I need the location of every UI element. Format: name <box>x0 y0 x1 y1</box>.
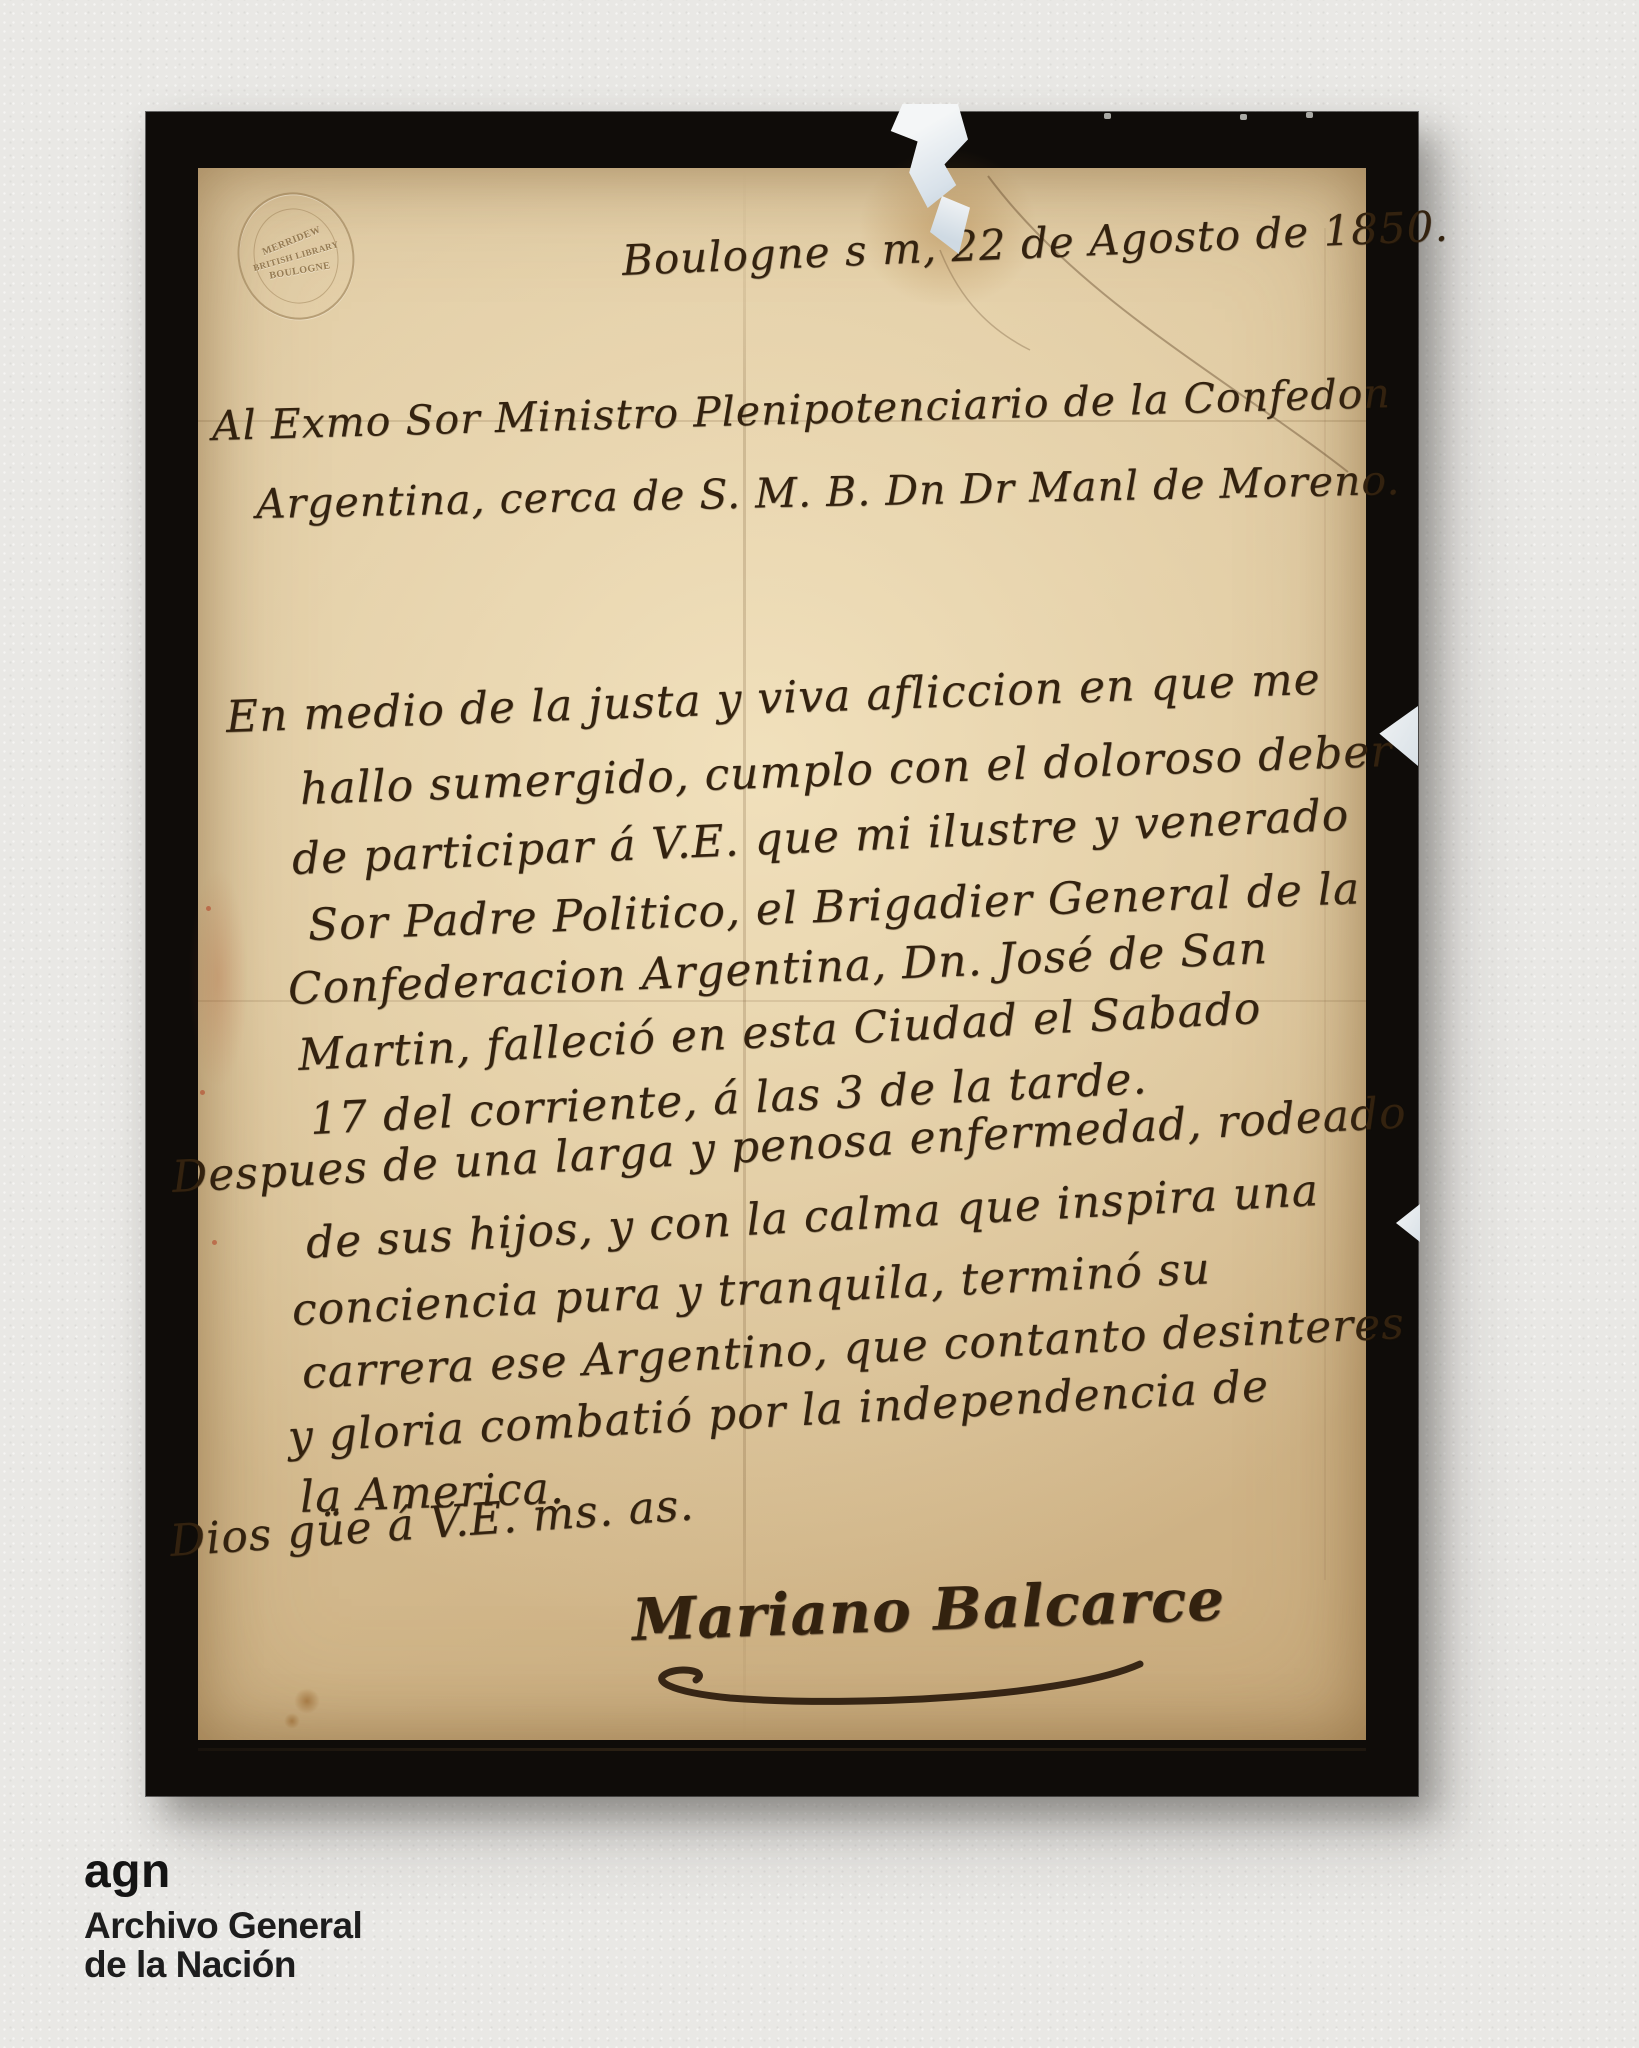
letter-address-line-1: Al Exmo Sor Ministro Plenipotenciario de… <box>211 369 1391 450</box>
letter-address-line-2: Argentina, cerca de S. M. B. Dn Dr Manl … <box>255 456 1400 528</box>
letter-dateline: Boulogne s m, 22 de Agosto de 1850. <box>621 201 1450 285</box>
signature-flourish <box>600 1630 1160 1720</box>
torn-paper-flap <box>884 104 968 208</box>
letter-body-line: En medio de la justa y viva afliccion en… <box>225 654 1321 743</box>
torn-paper-curl <box>930 196 970 254</box>
letter-text-layer: Boulogne s m, 22 de Agosto de 1850. Al E… <box>0 0 1639 2048</box>
torn-paper-patch-top <box>878 104 992 260</box>
archive-photo-page: MERRIDEW BRITISH LIBRARY BOULOGNE Boulog… <box>0 0 1639 2048</box>
